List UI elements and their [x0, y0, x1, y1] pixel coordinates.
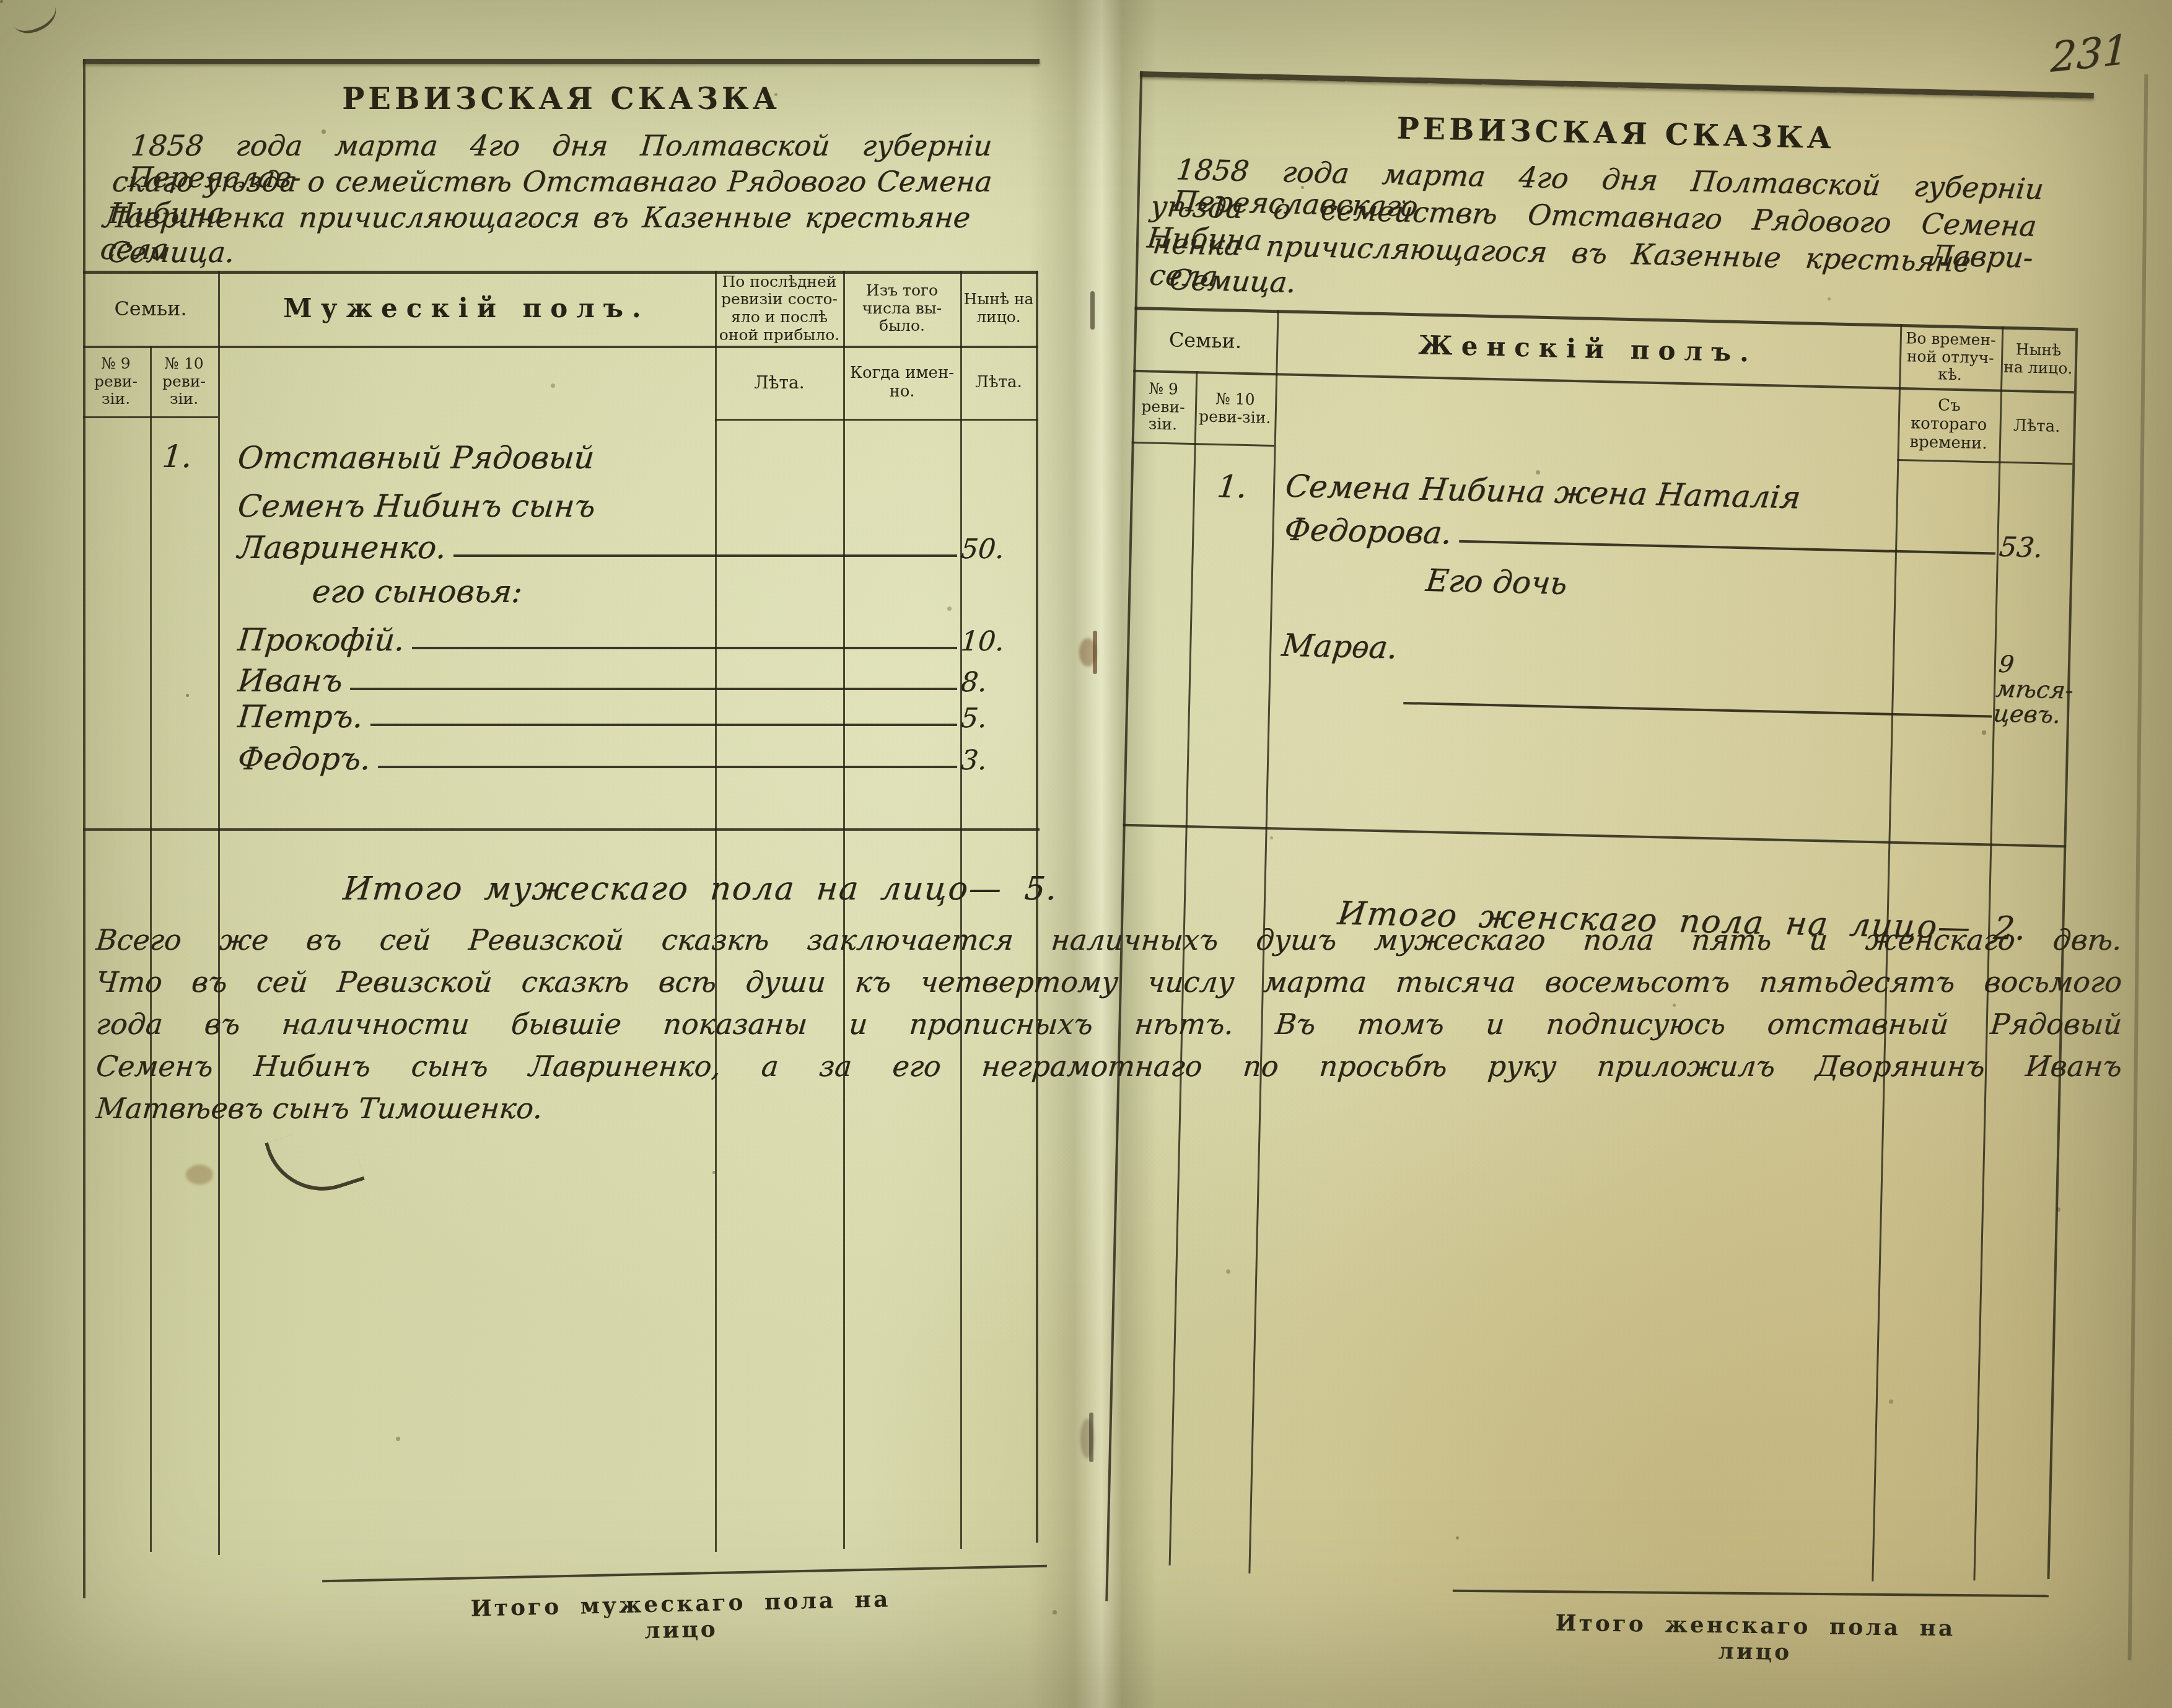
- subtotal-value: 5.: [1023, 870, 1059, 908]
- subheader-revision9: № 9 реви-зіи.: [1132, 373, 1194, 441]
- sons-label: его сыновья:: [310, 574, 523, 610]
- table-row: его сыновья:: [238, 574, 1034, 610]
- table-row: Федоръ. 3.: [238, 741, 1034, 777]
- table-row: Отставный Рядовый: [238, 440, 1034, 476]
- table-row: Семенъ Нибинъ сынъ: [238, 488, 1034, 524]
- person-age: 10.: [960, 628, 1035, 656]
- right-footer: Итого женскаго пола на лицо: [1538, 1609, 1973, 1668]
- document-photo: { "page_number": "231", "colors": { "pap…: [0, 0, 2172, 1708]
- subtotal-label: Итого мужескаго пола на лицо—: [341, 870, 1004, 908]
- person-name: Отставный Рядовый: [236, 440, 595, 476]
- header-family: Семьи.: [83, 274, 218, 343]
- closing-statement-line: Всего же въ сей Ревизской сказкѣ заключа…: [95, 924, 2123, 956]
- left-footer: Итого мужескаго пола на лицо: [454, 1586, 908, 1649]
- person-name: Семена Нибина жена Наталія: [1284, 468, 1803, 516]
- left-page-title: РЕВИЗСКАЯ СКАЗКА: [83, 82, 1040, 116]
- ruled-line: [350, 688, 957, 690]
- family-number: 1.: [160, 439, 193, 475]
- left-page: РЕВИЗСКАЯ СКАЗКА 1858 года марта 4го дня…: [83, 37, 1040, 1673]
- ruled-line: [378, 766, 957, 768]
- person-name: Федоръ.: [236, 741, 372, 777]
- paper-specks: [0, 0, 3, 3]
- table-row: Его дочь: [1283, 559, 2072, 613]
- closing-statement-line: Что въ сей Ревизской сказкѣ всѣ души къ …: [95, 966, 2123, 998]
- person-name: Лавриненко.: [236, 530, 447, 566]
- male-subtotal: Итого мужескаго пола на лицо— 5.: [343, 870, 1043, 908]
- preamble-line: Семица.: [1168, 264, 1298, 298]
- fold-stitch: [1089, 1412, 1093, 1462]
- fold-stitch: [1090, 291, 1095, 330]
- person-name: Иванъ: [236, 663, 344, 699]
- person-name: Семенъ Нибинъ сынъ: [236, 488, 597, 524]
- footer-rule: [322, 1565, 1047, 1583]
- subheader-revision9: № 9 реви-зіи.: [83, 349, 149, 414]
- table-row: Марѳа. 9 мѣся-цевъ.: [1281, 627, 2070, 727]
- subheader-years2: Лѣта.: [963, 349, 1035, 417]
- family-number: 1.: [1215, 468, 1249, 505]
- closing-statement-line: Семенъ Нибинъ сынъ Лавриненко, а за его …: [95, 1051, 2123, 1082]
- person-name: Федорова.: [1282, 512, 1453, 551]
- closing-signature-line: Матвѣевъ сынъ Тимошенко.: [95, 1093, 2123, 1124]
- person-name: Петръ.: [236, 699, 364, 735]
- header-last-revision: По послѣдней ревизіи состо-яло и послѣ о…: [719, 273, 840, 344]
- person-name: Прокофій.: [236, 622, 406, 658]
- table-row: Лавриненко. 50.: [238, 530, 1034, 566]
- table-row: Иванъ 8.: [238, 663, 1034, 699]
- subheader-revision10: № 10 реви-зіи.: [151, 349, 217, 414]
- section-separator: [83, 828, 1040, 831]
- table-top-border: [83, 59, 1040, 64]
- person-age: 9 мѣся-цевъ.: [1992, 652, 2073, 728]
- person-age: 5.: [960, 704, 1035, 733]
- ruled-line: [370, 724, 957, 726]
- table-row: Прокофій. 10.: [238, 622, 1034, 658]
- subheader-since-when: Съ котораго времени.: [1900, 390, 1998, 460]
- subheader-years: Лѣта.: [2001, 393, 2072, 462]
- subheader-when-exactly: Когда имен-но.: [847, 349, 957, 417]
- table-top-border: [1140, 71, 2094, 99]
- person-age: 8.: [960, 668, 1035, 697]
- ruled-line: [1459, 540, 1995, 555]
- person-age: 3.: [960, 747, 1035, 775]
- section-separator: [1123, 824, 2066, 848]
- preamble-line: Семица.: [107, 237, 236, 268]
- table-row: Федорова. 53.: [1284, 511, 2073, 565]
- corner-ink-mark: [7, 0, 62, 40]
- header-band-separator: [83, 346, 1038, 348]
- table-row: Петръ. 5.: [238, 699, 1034, 735]
- person-name: Марѳа.: [1280, 627, 1399, 665]
- ruled-line: [412, 647, 957, 649]
- ruled-line: [1404, 702, 1992, 718]
- closing-statement-line: года въ наличности бывшіе показаны и про…: [95, 1009, 2123, 1040]
- page-edge: [2128, 74, 2148, 1660]
- header-family: Семьи.: [1133, 310, 1277, 371]
- fold-stitch: [1093, 631, 1097, 674]
- subheader-bottom-right: [715, 419, 1038, 421]
- subheader-revision10: № 10 реви-зіи.: [1196, 374, 1274, 443]
- footer-rule: [1453, 1590, 2049, 1597]
- person-age: 53.: [1998, 533, 2074, 564]
- header-now-present: Нынѣ на лицо.: [2003, 328, 2073, 391]
- header-temporary-absence: Во времен-ной отлуч-кѣ.: [1901, 326, 1999, 389]
- person-age: 50.: [960, 535, 1035, 564]
- right-page-title: РЕВИЗСКАЯ СКАЗКА: [1139, 105, 2093, 162]
- daughter-label: Его дочь: [1424, 563, 1569, 602]
- col-line: [218, 271, 220, 1555]
- right-page: РЕВИЗСКАЯ СКАЗКА 1858 года марта 4го дня…: [1103, 53, 2094, 1708]
- header-now-present: Нынѣ на лицо.: [963, 273, 1035, 344]
- header-male-sex: Мужескій полъ.: [218, 274, 715, 343]
- subheader-years: Лѣта.: [719, 349, 840, 417]
- ruled-line: [453, 554, 957, 557]
- header-departed: Изъ того числа вы-было.: [847, 273, 957, 344]
